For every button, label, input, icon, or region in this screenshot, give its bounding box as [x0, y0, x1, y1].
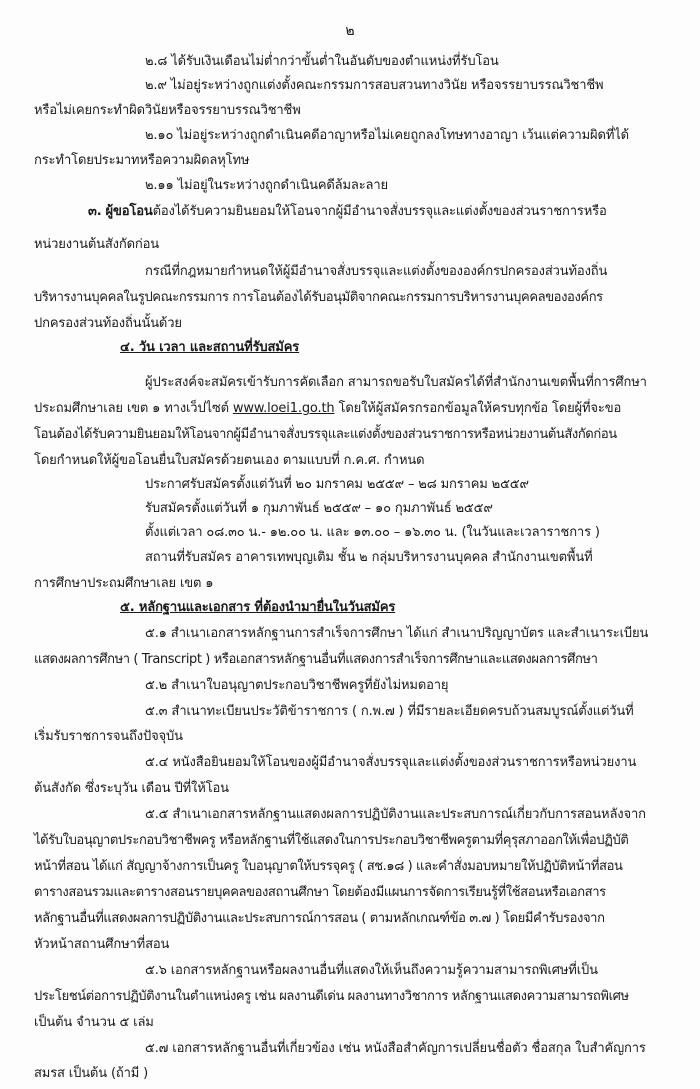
item-5-3-line2: เริ่มรับราชการจนถึงปัจจุบัน — [34, 728, 183, 746]
office-hours: ตั้งแต่เวลา ๐๘.๓๐ น.- ๑๒.๐๐ น. และ ๑๓.๐๐… — [145, 524, 600, 542]
item-5-2: ๕.๒ สำเนาใบอนุญาตประกอบวิชาชีพครูที่ยังไ… — [145, 677, 448, 695]
document-page: ๒ ๒.๘ ได้รับเงินเดือนไม่ต่ำกว่าขั้นต่ำใน… — [0, 0, 700, 1089]
item-5-6-line3: เป็นต้น จำนวน ๕ เล่ม — [34, 1014, 154, 1032]
item-2-9-line1: ๒.๙ ไม่อยู่ระหว่างถูกแต่งตั้งคณะกรรมการส… — [145, 77, 603, 95]
section-3-para2-line3: ปกครองส่วนท้องถิ่นนั้นด้วย — [34, 315, 182, 333]
item-5-7-line2: สมรส เป็นต้น (ถ้ามี ) — [34, 1065, 148, 1083]
item-5-5-line1: ๕.๕ สำเนาเอกสารหลักฐานแสดงผลการปฏิบัติงา… — [145, 806, 646, 824]
section-3-line2: หน่วยงานต้นสังกัดก่อน — [34, 236, 159, 254]
item-5-6-line2: ประโยชน์ต่อการปฏิบัติงานในตำแหน่งครู เช่… — [34, 988, 629, 1006]
section-4-line3: โอนต้องได้รับความยินยอมให้โอนจากผู้มีอำน… — [34, 426, 617, 444]
item-5-5-line3: หน้าที่สอน ได้แก่ สัญญาจ้างการเป็นครู ใบ… — [34, 858, 622, 876]
item-2-9-line2: หรือไม่เคยกระทำผิดวินัยหรือจรรยาบรรณวิชา… — [34, 102, 301, 120]
item-5-7-line1: ๕.๗ เอกสารหลักฐานอื่นที่เกี่ยวข้อง เช่น … — [145, 1040, 646, 1058]
section-5-heading: ๕. หลักฐานและเอกสาร ที่ต้องนำมายื่นในวัน… — [120, 599, 395, 617]
section-3-bold-lead: ผู้ขอโอน — [106, 204, 153, 219]
section-4-line2: ประถมศึกษาเลย เขต ๑ ทางเว็ปไซต์ www.loei… — [34, 400, 621, 418]
section-4-line2-pre: ประถมศึกษาเลย เขต ๑ ทางเว็ปไซต์ — [34, 401, 233, 416]
application-place-line1: สถานที่รับสมัคร อาคารเทพบุญเติม ชั้น ๒ ก… — [145, 549, 592, 567]
item-5-5-line4: ตารางสอนรวมและตารางสอนรายบุคคลของสถานศึก… — [34, 884, 606, 902]
section-4-line2-post: โดยให้ผู้สมัครกรอกข้อมูลให้ครบทุกข้อ โดย… — [335, 401, 622, 416]
item-5-1-line2: แสดงผลการศึกษา ( Transcript ) หรือเอกสาร… — [34, 651, 597, 669]
section-4-line4: โดยกำหนดให้ผู้ขอโอนยื่นใบสมัครด้วยตนเอง … — [34, 452, 424, 470]
section-4-heading: ๔. วัน เวลา และสถานที่รับสมัคร — [120, 339, 299, 357]
application-period: รับสมัครตั้งแต่วันที่ ๑ กุมภาพันธ์ ๒๕๕๙ … — [145, 500, 493, 518]
item-5-4-line1: ๕.๔ หนังสือยินยอมให้โอนของผู้มีอำนาจสั่ง… — [145, 754, 636, 772]
announcement-period: ประกาศรับสมัครตั้งแต่วันที่ ๒๐ มกราคม ๒๕… — [145, 476, 529, 494]
application-place-line2: การศึกษาประถมศึกษาเลย เขต ๑ — [34, 575, 213, 593]
item-5-5-line5: หลักฐานอื่นที่แสดงผลการปฏิบัติงานและประส… — [34, 910, 605, 928]
item-5-4-line2: ต้นสังกัด ซึ่งระบุวัน เดือน ปีที่ให้โอน — [34, 780, 229, 798]
section-3-para2-line1: กรณีที่กฎหมายกำหนดให้ผู้มีอำนาจสั่งบรรจุ… — [145, 263, 607, 281]
item-2-11: ๒.๑๑ ไม่อยู่ในระหว่างถูกดำเนินคดีล้มละลา… — [145, 177, 388, 195]
website-link[interactable]: www.loei1.go.th — [233, 401, 335, 416]
page-number: ๒ — [0, 20, 700, 42]
item-2-10-line1: ๒.๑๐ ไม่อยู่ระหว่างถูกดำเนินคดีอาญาหรือไ… — [145, 127, 629, 145]
section-3-number: ๓. — [88, 204, 102, 219]
item-5-5-line2: ได้รับใบอนุญาตประกอบวิชาชีพครู หรือหลักฐ… — [34, 832, 628, 850]
item-2-10-line2: กระทำโดยประมาทหรือความผิดลหุโทษ — [34, 152, 249, 170]
section-3-para2-line2: บริหารงานบุคคลในรูปคณะกรรมการ การโอนต้อง… — [34, 289, 603, 307]
item-5-1-line1: ๕.๑ สำเนาเอกสารหลักฐานการสำเร็จการศึกษา … — [145, 625, 648, 643]
section-3-line1: ๓. ผู้ขอโอนต้องได้รับความยินยอมให้โอนจาก… — [88, 203, 607, 221]
section-3-line1-rest: ต้องได้รับความยินยอมให้โอนจากผู้มีอำนาจส… — [153, 204, 607, 219]
item-2-8: ๒.๘ ได้รับเงินเดือนไม่ต่ำกว่าขั้นต่ำในอั… — [145, 53, 499, 71]
item-5-6-line1: ๕.๖ เอกสารหลักฐานหรือผลงานอื่นที่แสดงให้… — [145, 962, 598, 980]
item-5-5-line6: หัวหน้าสถานศึกษาที่สอน — [34, 936, 169, 954]
item-5-3-line1: ๕.๓ สำเนาทะเบียนประวัติข้าราชการ ( ก.พ.๗… — [145, 703, 634, 721]
section-4-line1: ผู้ประสงค์จะสมัครเข้ารับการคัดเลือก สามา… — [145, 374, 647, 392]
